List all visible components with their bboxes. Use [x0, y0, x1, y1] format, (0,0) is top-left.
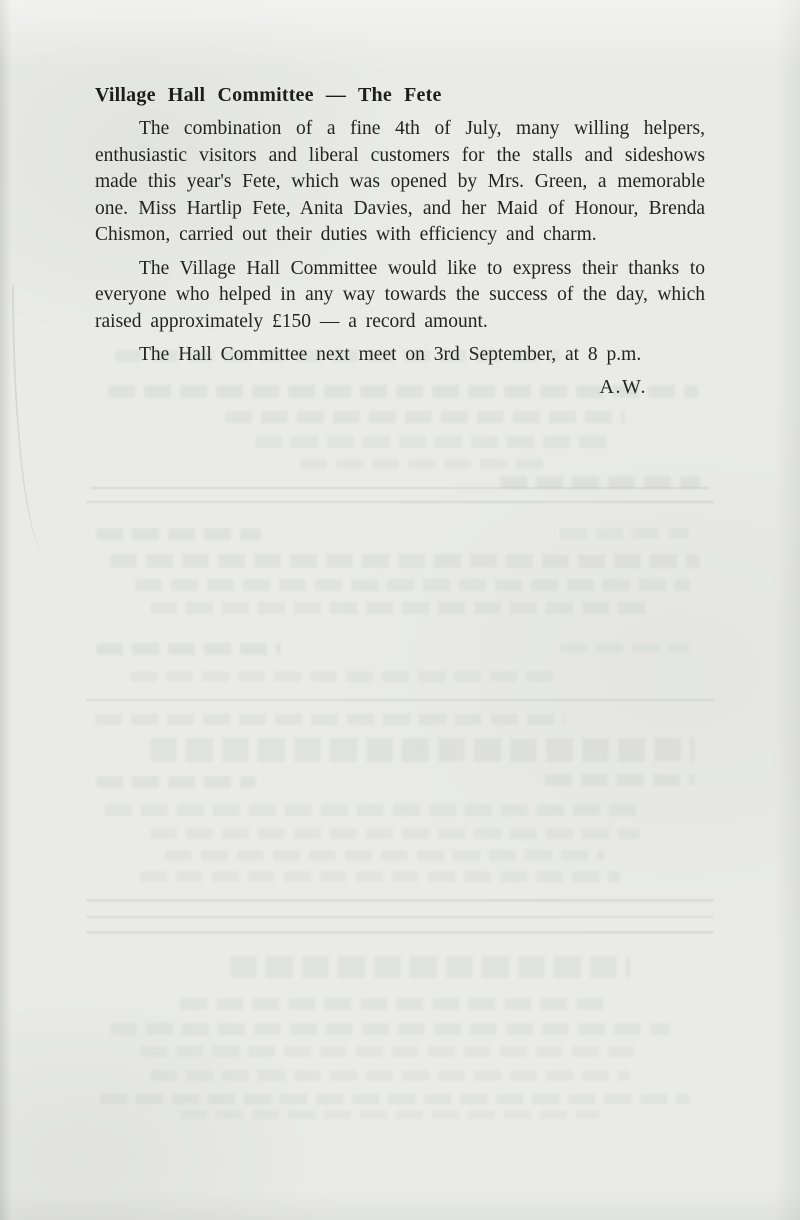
ghost-rule — [86, 931, 714, 934]
ghost-line — [95, 714, 565, 725]
ghost-rule — [86, 501, 714, 503]
ghost-line — [140, 1046, 640, 1057]
article-village-hall-fete: Village Hall Committee — The Fete The co… — [95, 84, 705, 399]
article-paragraph-2: The Village Hall Committee would like to… — [95, 256, 705, 336]
author-initials: A.W. — [95, 376, 705, 399]
ghost-line — [135, 579, 690, 591]
ghost-line — [96, 643, 281, 655]
ghost-line — [100, 1094, 690, 1104]
ghost-line — [150, 828, 640, 839]
ghost-line — [230, 956, 630, 978]
ghost-line — [150, 738, 695, 762]
scanned-newsletter-page: Village Hall Committee — The Fete The co… — [0, 0, 800, 1220]
ghost-line — [545, 774, 695, 786]
ghost-line — [130, 671, 560, 682]
ghost-line — [150, 602, 650, 614]
ghost-line — [180, 1110, 600, 1119]
ghost-line — [255, 436, 615, 448]
article-paragraph-3: The Hall Committee next meet on 3rd Sept… — [95, 342, 705, 369]
ghost-line — [105, 804, 645, 816]
ghost-line — [500, 476, 700, 489]
ghost-line — [225, 411, 625, 423]
ghost-rule — [86, 916, 714, 918]
ghost-line — [110, 554, 700, 568]
ghost-line — [165, 850, 605, 861]
ghost-line — [96, 776, 256, 788]
article-paragraph-1: The combination of a fine 4th of July, m… — [95, 116, 705, 249]
article-title: Village Hall Committee — The Fete — [95, 84, 705, 107]
ghost-line — [560, 643, 690, 653]
ghost-line — [560, 528, 690, 539]
ghost-rule — [90, 487, 710, 489]
page-spine-shadow — [12, 285, 56, 555]
ghost-line — [110, 1023, 670, 1035]
ghost-line — [300, 459, 550, 469]
ghost-rule — [86, 899, 714, 902]
ghost-line — [96, 528, 261, 540]
ghost-line — [140, 871, 620, 882]
ghost-line — [180, 998, 610, 1010]
ghost-line — [150, 1070, 630, 1081]
ghost-rule — [86, 699, 714, 701]
